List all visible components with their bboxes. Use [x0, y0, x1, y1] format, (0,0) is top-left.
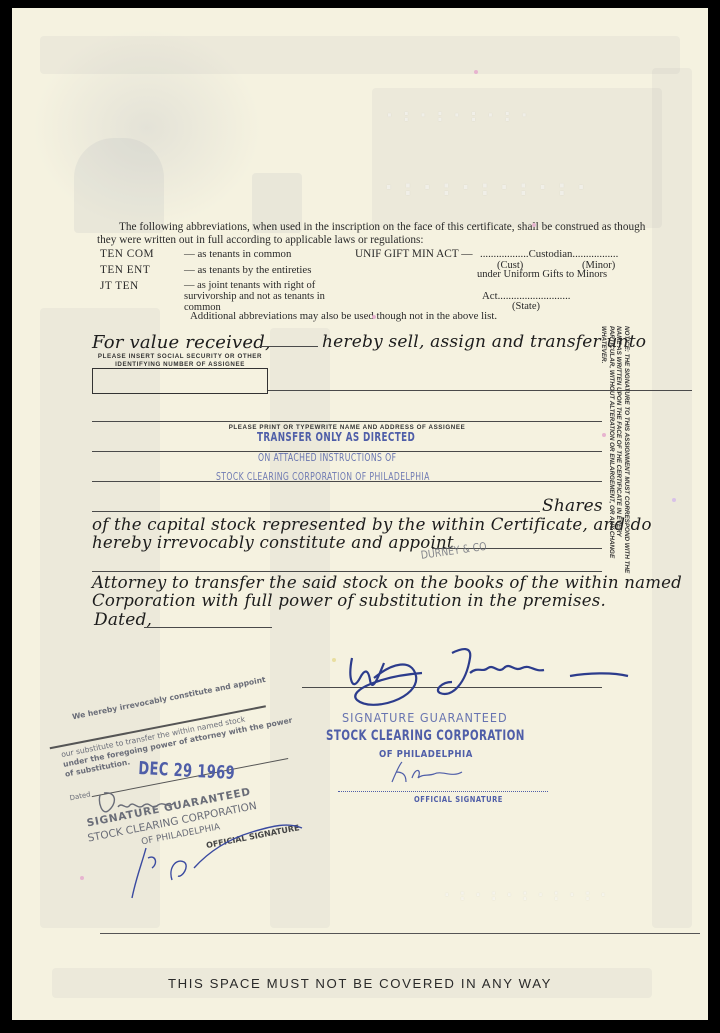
abbr-ten-com: TEN COM — [100, 248, 154, 260]
custodian-label: Custodian — [529, 248, 573, 260]
abbr-ten-com-meaning: — as tenants in common — [184, 248, 291, 260]
perforation-mid: ·:·:·:·:·:· — [382, 176, 594, 201]
abbr-code: TEN ENT — [100, 264, 150, 276]
attorney-text-2: Corporation with full power of substitut… — [92, 591, 606, 610]
certificate-back: ·:·:·:·:· ·:·:·:·:·:· ·:·:·:·:·:· The fo… — [12, 8, 708, 1020]
notice-heading: NOTICE: — [623, 326, 630, 352]
guarantee-right-line-2: STOCK CLEARING CORPORATION — [326, 728, 525, 744]
signature-notice: NOTICE: THE SIGNATURE TO THIS ASSIGNMENT… — [590, 326, 630, 576]
abbr-code: TEN COM — [100, 248, 154, 260]
cust-dots: .................. — [480, 248, 529, 260]
state-label: (State) — [512, 301, 540, 312]
ink-speck — [532, 223, 536, 227]
notice-text: THE SIGNATURE TO THIS ASSIGNMENT MUST CO… — [600, 326, 630, 573]
attorney-line-2 — [92, 571, 602, 572]
ink-speck — [474, 70, 478, 74]
ink-speck — [672, 498, 676, 502]
guarantee-right-line-1: SIGNATURE GUARANTEED — [342, 710, 508, 725]
assignee-line-2 — [92, 421, 602, 422]
for-value-blank-line — [260, 346, 318, 347]
abbreviations-additional: Additional abbreviations may also be use… — [190, 310, 497, 322]
ink-speck — [372, 315, 376, 319]
perforation-bottom: ·:·:·:·:·:· — [442, 885, 614, 904]
abbr-ten-ent: TEN ENT — [100, 264, 150, 276]
abbr-jt-ten: JT TEN — [100, 280, 139, 292]
ink-speck — [602, 433, 606, 437]
signature-main — [312, 638, 632, 713]
guarantee-right-dotted-line — [338, 791, 548, 792]
unif-gift-cust-blank: ..................Custodian.............… — [480, 248, 618, 260]
minor-dots: ................. — [572, 248, 618, 260]
ghost-arch — [74, 138, 164, 233]
bottom-divider — [100, 933, 700, 934]
unif-gift-label: UNIF GIFT MIN ACT — — [355, 248, 473, 260]
shares-line — [92, 511, 540, 512]
ssn-label-2: IDENTIFYING NUMBER OF ASSIGNEE — [92, 361, 268, 368]
guarantee-right-official: OFFICIAL SIGNATURE — [414, 795, 503, 804]
for-value-received: For value received, — [92, 332, 271, 353]
abbr-ten-ent-meaning: — as tenants by the entireties — [184, 264, 311, 276]
signature-guarantor-right — [382, 760, 492, 790]
abbr-code: JT TEN — [100, 280, 139, 292]
abbr-jt-ten-meaning: — as joint tenants with right of survivo… — [184, 280, 334, 313]
signature-guarantor-left — [112, 818, 312, 908]
ssn-label-1: PLEASE INSERT SOCIAL SECURITY OR OTHER — [92, 353, 268, 360]
dated-line — [144, 627, 272, 628]
ssn-input-box[interactable] — [92, 368, 268, 394]
signature-substitute-left — [92, 783, 212, 823]
perforation-top: ·:·:·:·:· — [384, 105, 536, 126]
transfer-stamp-line-3: STOCK CLEARING CORPORATION OF PHILADELPH… — [216, 470, 430, 483]
transfer-stamp-line-2: ON ATTACHED INSTRUCTIONS OF — [258, 451, 396, 464]
abbreviations-intro: The following abbreviations, when used i… — [97, 221, 657, 247]
substitution-dated: Dated — [69, 790, 91, 802]
capital-stock-line-1: of the capital stock represented by the … — [92, 515, 652, 534]
act-label: Act — [482, 290, 498, 302]
under-uniform-gifts: under Uniform Gifts to Minors — [477, 269, 607, 280]
ink-speck — [332, 658, 336, 662]
capital-stock-line-2: hereby irrevocably constitute and appoin… — [92, 533, 454, 552]
ink-speck — [80, 876, 84, 880]
ghost-top-band — [40, 36, 680, 74]
do-not-cover-notice: THIS SPACE MUST NOT BE COVERED IN ANY WA… — [12, 976, 708, 991]
guarantee-right-line-3: OF PHILADELPHIA — [379, 749, 473, 760]
transfer-stamp-line-1: TRANSFER ONLY AS DIRECTED — [257, 429, 415, 444]
